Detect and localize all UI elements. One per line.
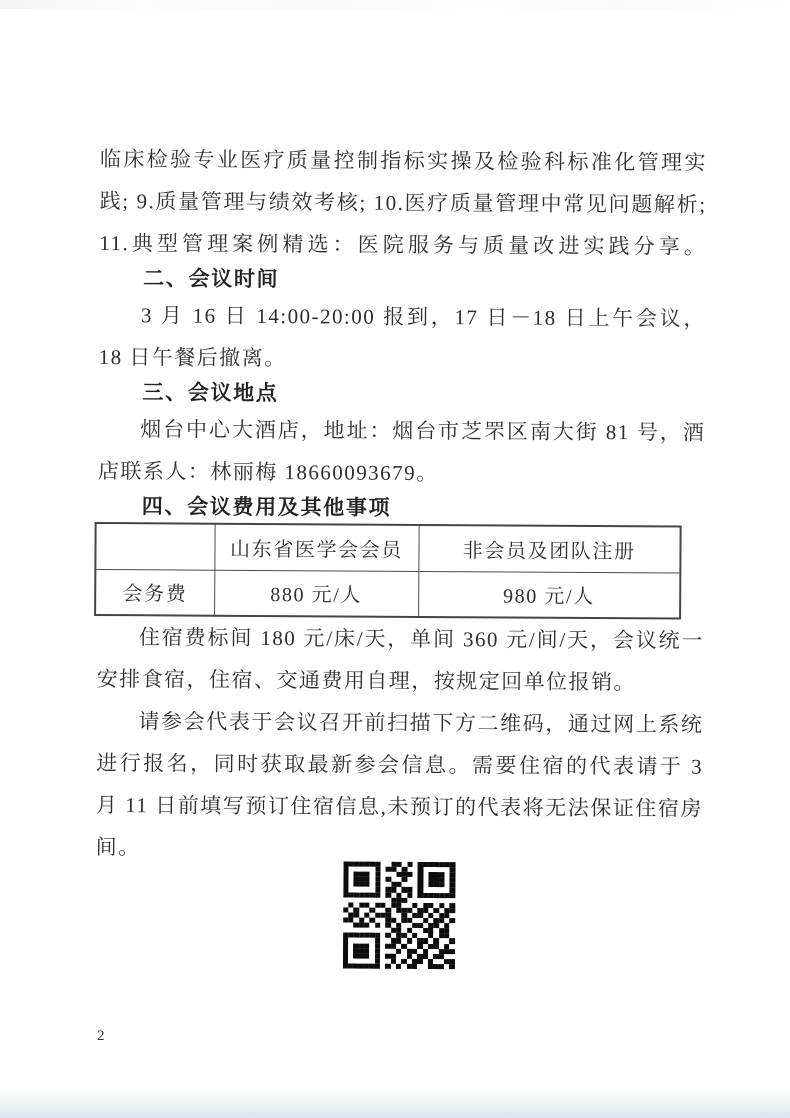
fee-table-cell-nonmember-price: 980 元/人 xyxy=(418,571,680,619)
meeting-time-paragraph: 3 月 16 日 14:00-20:00 报到，17 日－18 日上午会议，18… xyxy=(99,294,707,382)
fee-table-header-blank xyxy=(95,523,214,570)
continuation-paragraph: 临床检验专业医疗质量控制指标实操及检验科标准化管理实践; 9.质量管理与绩效考核… xyxy=(99,138,707,268)
fee-table: 山东省医学会会员 非会员及团队注册 会务费 880 元/人 980 元/人 xyxy=(94,522,682,620)
fee-table-data-row: 会务费 880 元/人 980 元/人 xyxy=(95,569,680,619)
page-number: 2 xyxy=(97,1028,105,1045)
fee-table-header-row: 山东省医学会会员 非会员及团队注册 xyxy=(95,523,680,573)
fee-table-header-member: 山东省医学会会员 xyxy=(214,524,418,571)
fee-table-header-nonmember: 非会员及团队注册 xyxy=(418,525,680,573)
scanned-document-page: 临床检验专业医疗质量控制指标实操及检验科标准化管理实践; 9.质量管理与绩效考核… xyxy=(0,0,790,1118)
scan-artifact-bottom-edge xyxy=(0,1090,790,1118)
qr-code xyxy=(342,861,455,969)
document-content: 临床检验专业医疗质量控制指标实操及检验科标准化管理实践; 9.质量管理与绩效考核… xyxy=(95,138,707,971)
fee-table-cell-member-price: 880 元/人 xyxy=(214,570,418,617)
fee-table-cell-item: 会务费 xyxy=(95,569,214,616)
section-heading-meeting-time: 二、会议时间 xyxy=(99,264,706,298)
scan-artifact-top-edge xyxy=(0,0,790,9)
section-heading-meeting-venue: 三、会议地点 xyxy=(98,378,705,412)
meeting-venue-paragraph: 烟台中心大酒店，地址：烟台市芝罘区南大街 81 号，酒店联系人：林丽梅 1866… xyxy=(98,408,706,496)
lodging-paragraph: 住宿费标间 180 元/床/天，单间 360 元/间/天，会议统一安排食宿，住宿… xyxy=(97,616,705,704)
registration-paragraph: 请参会代表于会议召开前扫描下方二维码，通过网上系统进行报名，同时获取最新参会信息… xyxy=(96,700,704,872)
section-heading-fees: 四、会议费用及其他事项 xyxy=(98,492,705,526)
